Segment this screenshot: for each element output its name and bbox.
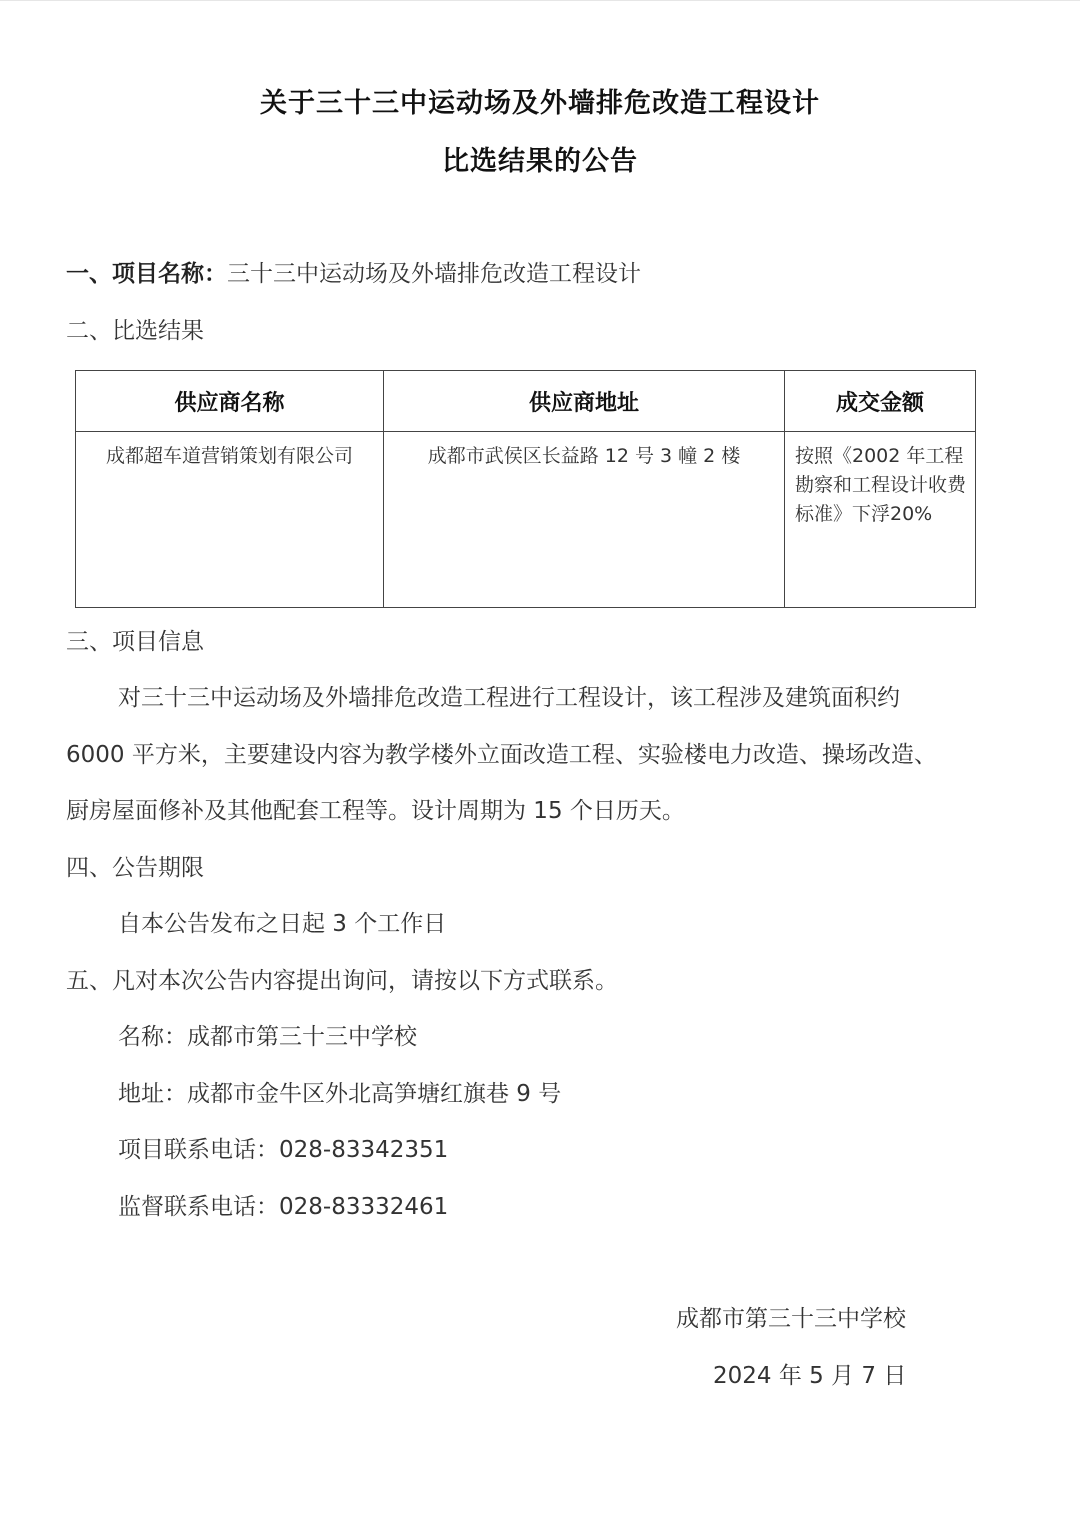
contact-name: 名称：成都市第三十三中学校 — [118, 1018, 417, 1051]
cell-supplier-address: 成都市武侯区长益路 12 号 3 幢 2 楼 — [384, 432, 785, 608]
section-notice-period-heading: 四、公告期限 — [66, 849, 204, 882]
notice-period-content: 自本公告发布之日起 3 个工作日 — [118, 905, 446, 938]
contact-project-phone: 项目联系电话：028-83342351 — [118, 1131, 448, 1164]
section-project-name-label: 一、项目名称： — [66, 261, 227, 287]
contact-supervision-phone: 监督联系电话：028-83332461 — [118, 1188, 448, 1221]
document-title-line2: 比选结果的公告 — [0, 139, 1080, 178]
table-row: 成都超车道营销策划有限公司 成都市武侯区长益路 12 号 3 幢 2 楼 按照《… — [76, 432, 976, 608]
cell-deal-amount: 按照《2002 年工程勘察和工程设计收费标准》下浮20% — [785, 432, 976, 608]
header-supplier-address: 供应商地址 — [384, 371, 785, 432]
project-info-line-2: 6000 平方米，主要建设内容为教学楼外立面改造工程、实验楼电力改造、操场改造、 — [66, 736, 937, 769]
header-deal-amount: 成交金额 — [785, 371, 976, 432]
section-project-name: 一、项目名称：三十三中运动场及外墙排危改造工程设计 — [66, 255, 641, 288]
signature-organization: 成都市第三十三中学校 — [676, 1300, 906, 1333]
section-result-heading: 二、比选结果 — [66, 312, 204, 345]
cell-supplier-name: 成都超车道营销策划有限公司 — [76, 432, 384, 608]
header-supplier-name: 供应商名称 — [76, 371, 384, 432]
section-project-info-heading: 三、项目信息 — [66, 623, 204, 656]
document-title-line1: 关于三十三中运动场及外墙排危改造工程设计 — [0, 81, 1080, 120]
project-info-line-1: 对三十三中运动场及外墙排危改造工程进行工程设计，该工程涉及建筑面积约 — [118, 679, 900, 712]
table-header-row: 供应商名称 供应商地址 成交金额 — [76, 371, 976, 432]
signature-date: 2024 年 5 月 7 日 — [713, 1357, 906, 1390]
result-table: 供应商名称 供应商地址 成交金额 成都超车道营销策划有限公司 成都市武侯区长益路… — [75, 370, 976, 608]
contact-address: 地址：成都市金牛区外北高笋塘红旗巷 9 号 — [118, 1075, 561, 1108]
project-info-line-3: 厨房屋面修补及其他配套工程等。设计周期为 15 个日历天。 — [66, 792, 685, 825]
section-contact-heading: 五、凡对本次公告内容提出询问，请按以下方式联系。 — [66, 962, 618, 995]
section-project-name-value: 三十三中运动场及外墙排危改造工程设计 — [227, 261, 641, 287]
